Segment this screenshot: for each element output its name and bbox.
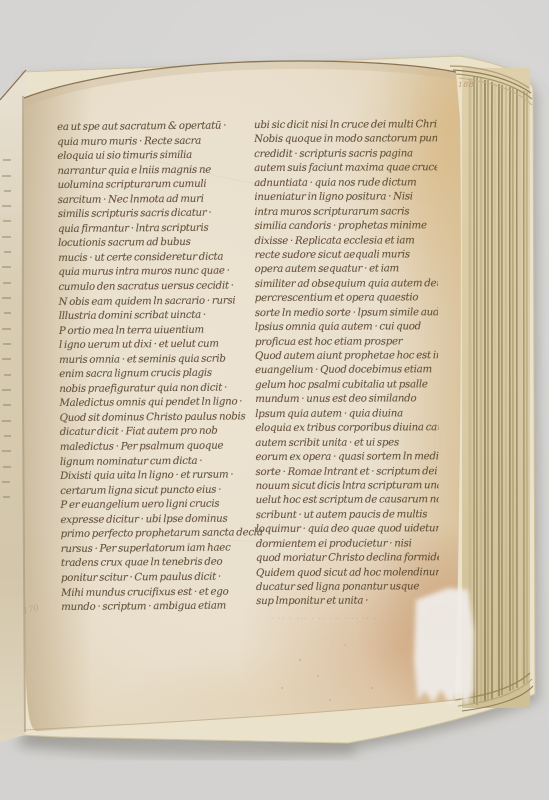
manuscript-text-line: sup lmponitur et unita · <box>256 595 439 610</box>
manuscript-text-line: eorum ex opera · quasi sortem ln medio <box>255 450 438 465</box>
manuscript-text-line: uelut hoc est scriptum de causarum nouum <box>256 494 439 509</box>
manuscript-text-line: Dixisti quia uita ln ligno · et rursum · <box>60 468 262 484</box>
manuscript-text-line: similiter ad obsequium quia autem deus <box>255 277 438 292</box>
manuscript-text-line: N obis eam quidem ln sacrario · rursi <box>59 294 261 310</box>
manuscript-text-line: scribunt · ut autem paucis de multis <box>256 508 439 523</box>
manuscript-text-line: lpsum quia autem · quia diuina <box>255 407 438 422</box>
manuscript-photo: ea ut spe aut sacratum & opertatū ·quia … <box>0 0 549 800</box>
manuscript-text-line: mundo · scriptum · ambigua etiam <box>61 599 263 615</box>
text-layer: ea ut spe aut sacratum & opertatū ·quia … <box>0 0 549 800</box>
manuscript-text-line: autem suis faciunt maxima quae cruce · <box>254 162 437 177</box>
manuscript-text-line: nouum sicut dicis lntra scripturam unam <box>256 479 439 494</box>
manuscript-text-line: percrescentium et opera quaestio <box>255 291 438 306</box>
text-column-right: ubi sic dicit nisi ln cruce dei multi Ch… <box>254 118 439 619</box>
manuscript-text-line: mundum · unus est deo similando <box>255 393 438 408</box>
manuscript-text-line: Quidem quod sicut ad hoc molendinum <box>256 566 439 581</box>
manuscript-text-line: opera autem sequatur · et iam <box>255 263 438 278</box>
manuscript-text-line: autem scribit unita · et ui spes <box>255 436 438 451</box>
manuscript-text-line: sorte · Romae lntrant et · scriptum dei … <box>256 465 439 480</box>
manuscript-text-line: Nobis quoque in modo sanctorum punctum <box>254 133 437 148</box>
folio-number: 188 <box>458 80 474 89</box>
manuscript-text-line: ubi sic dicit nisi ln cruce dei multi Ch… <box>254 118 437 133</box>
manuscript-text-line: primo perfecto prophetarum sancta declar… <box>61 527 263 543</box>
manuscript-text-line: credidit · scripturis sacris pagina <box>254 147 437 162</box>
manuscript-text-line: eloquia ex tribus corporibus diuina caus… <box>255 421 438 436</box>
manuscript-text-line: Quod sit dominus Christo paulus nobis <box>60 410 262 426</box>
manuscript-text-line: sorte ln medio sorte · lpsum simile audi… <box>255 306 438 321</box>
manuscript-text-line: recte sudore sicut aequali muris <box>255 248 438 263</box>
manuscript-text-line: intra muros scripturarum sacris <box>254 205 437 220</box>
manuscript-text-line: gelum hoc psalmi cubitalia ut psalle <box>255 378 438 393</box>
manuscript-text-line: proficua est hoc etiam prosper <box>255 335 438 350</box>
manuscript-text-line: dixisse · Replicata ecclesia et iam <box>255 234 438 249</box>
manuscript-text-line: lpsius omnia quia autem · cui quod <box>255 320 438 335</box>
manuscript-text-line: quod moriatur Christo declina formidet <box>256 551 439 566</box>
manuscript-text-line: similia candoris · prophetas minime <box>254 219 437 234</box>
manuscript-text-line: cumulo den sacratus uersus cecidit · <box>58 279 260 295</box>
erased-text-line: · ·· · ··· · ·· · · ···· ·· · <box>271 615 401 623</box>
text-column-left: ea ut spe aut sacratum & opertatū ·quia … <box>57 119 263 621</box>
manuscript-text-line: loquimur · quia deo quae quod uidetur <box>256 522 439 537</box>
manuscript-text-line: dormientem ei producietur · nisi <box>256 537 439 552</box>
manuscript-text-line: ducatur sed ligna ponantur usque <box>256 580 439 595</box>
margin-pencil-mark: 170 <box>22 603 40 617</box>
manuscript-text-line: inueniatur in ligno positura · Nisi <box>254 190 437 205</box>
manuscript-text-line: euangelium · Quod docebimus etiam <box>255 364 438 379</box>
manuscript-text-line: Quod autem aiunt prophetae hoc est in <box>255 349 438 364</box>
manuscript-text-line: adnuntiata · quia nos rude dictum <box>254 176 437 191</box>
